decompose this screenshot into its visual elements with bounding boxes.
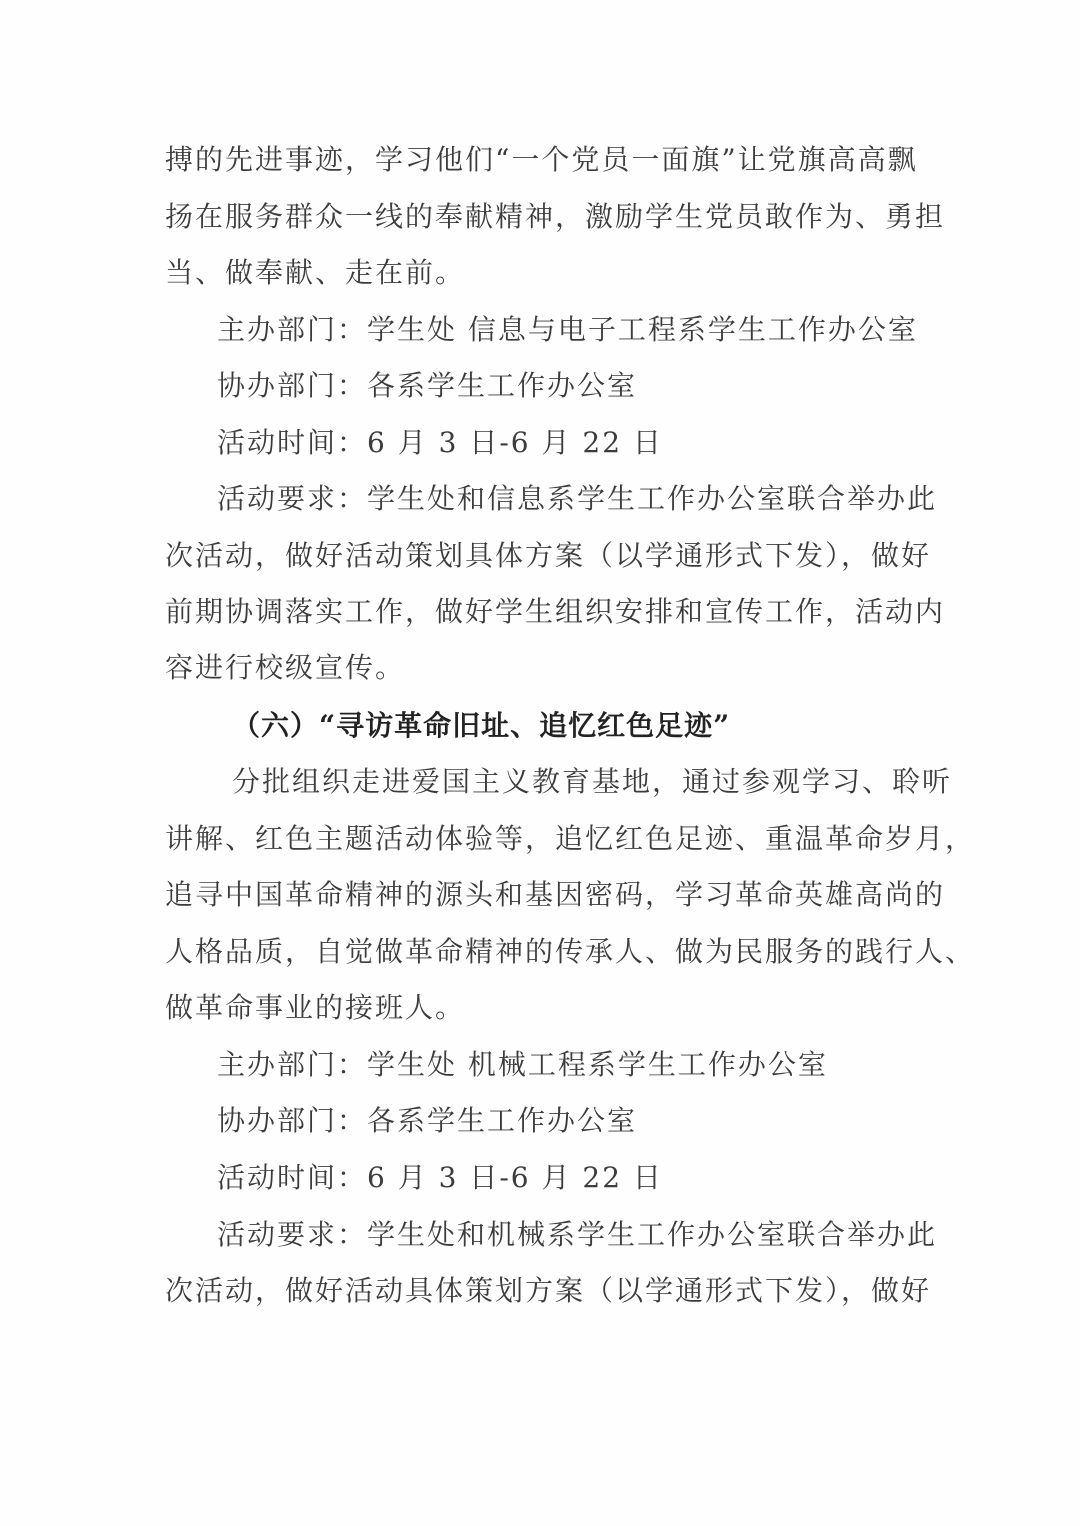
- body-line: 分批组织走进爱国主义教育基地，通过参观学习、聆听: [232, 762, 917, 802]
- document-page: 搏的先进事迹，学习他们“一个党员一面旗”让党旗高高飘 扬在服务群众一线的奉献精神…: [0, 0, 1080, 1526]
- requirements-line: 次活动，做好活动具体策划方案（以学通形式下发），做好: [165, 1271, 917, 1311]
- activity-time-line: 活动时间：6 月 3 日-6 月 22 日: [217, 423, 917, 463]
- requirements-line: 活动要求：学生处和机械系学生工作办公室联合举办此: [217, 1215, 917, 1255]
- body-line: 扬在服务群众一线的奉献精神，激励学生党员敢作为、勇担: [165, 197, 917, 237]
- activity-time-line: 活动时间：6 月 3 日-6 月 22 日: [217, 1158, 917, 1198]
- body-line: 做革命事业的接班人。: [165, 988, 917, 1028]
- co-organizer-line: 协办部门：各系学生工作办公室: [217, 1101, 917, 1141]
- body-line: 当、做奉献、走在前。: [165, 253, 917, 293]
- body-line: 搏的先进事迹，学习他们“一个党员一面旗”让党旗高高飘: [165, 140, 917, 180]
- requirements-line: 前期协调落实工作，做好学生组织安排和宣传工作，活动内: [165, 592, 917, 632]
- body-line: 人格品质，自觉做革命精神的传承人、做为民服务的践行人、: [165, 932, 917, 972]
- body-line: 讲解、红色主题活动体验等，追忆红色足迹、重温革命岁月，: [165, 819, 917, 859]
- organizer-line: 主办部门：学生处 信息与电子工程系学生工作办公室: [217, 310, 917, 350]
- organizer-line: 主办部门：学生处 机械工程系学生工作办公室: [217, 1045, 917, 1085]
- body-line: 追寻中国革命精神的源头和基因密码，学习革命英雄高尚的: [165, 875, 917, 915]
- requirements-line: 次活动，做好活动策划具体方案（以学通形式下发），做好: [165, 536, 917, 576]
- section-heading: （六）“寻访革命旧址、追忆红色足迹”: [232, 706, 730, 746]
- requirements-line: 容进行校级宣传。: [165, 648, 917, 688]
- co-organizer-line: 协办部门：各系学生工作办公室: [217, 366, 917, 406]
- requirements-line: 活动要求：学生处和信息系学生工作办公室联合举办此: [217, 479, 917, 519]
